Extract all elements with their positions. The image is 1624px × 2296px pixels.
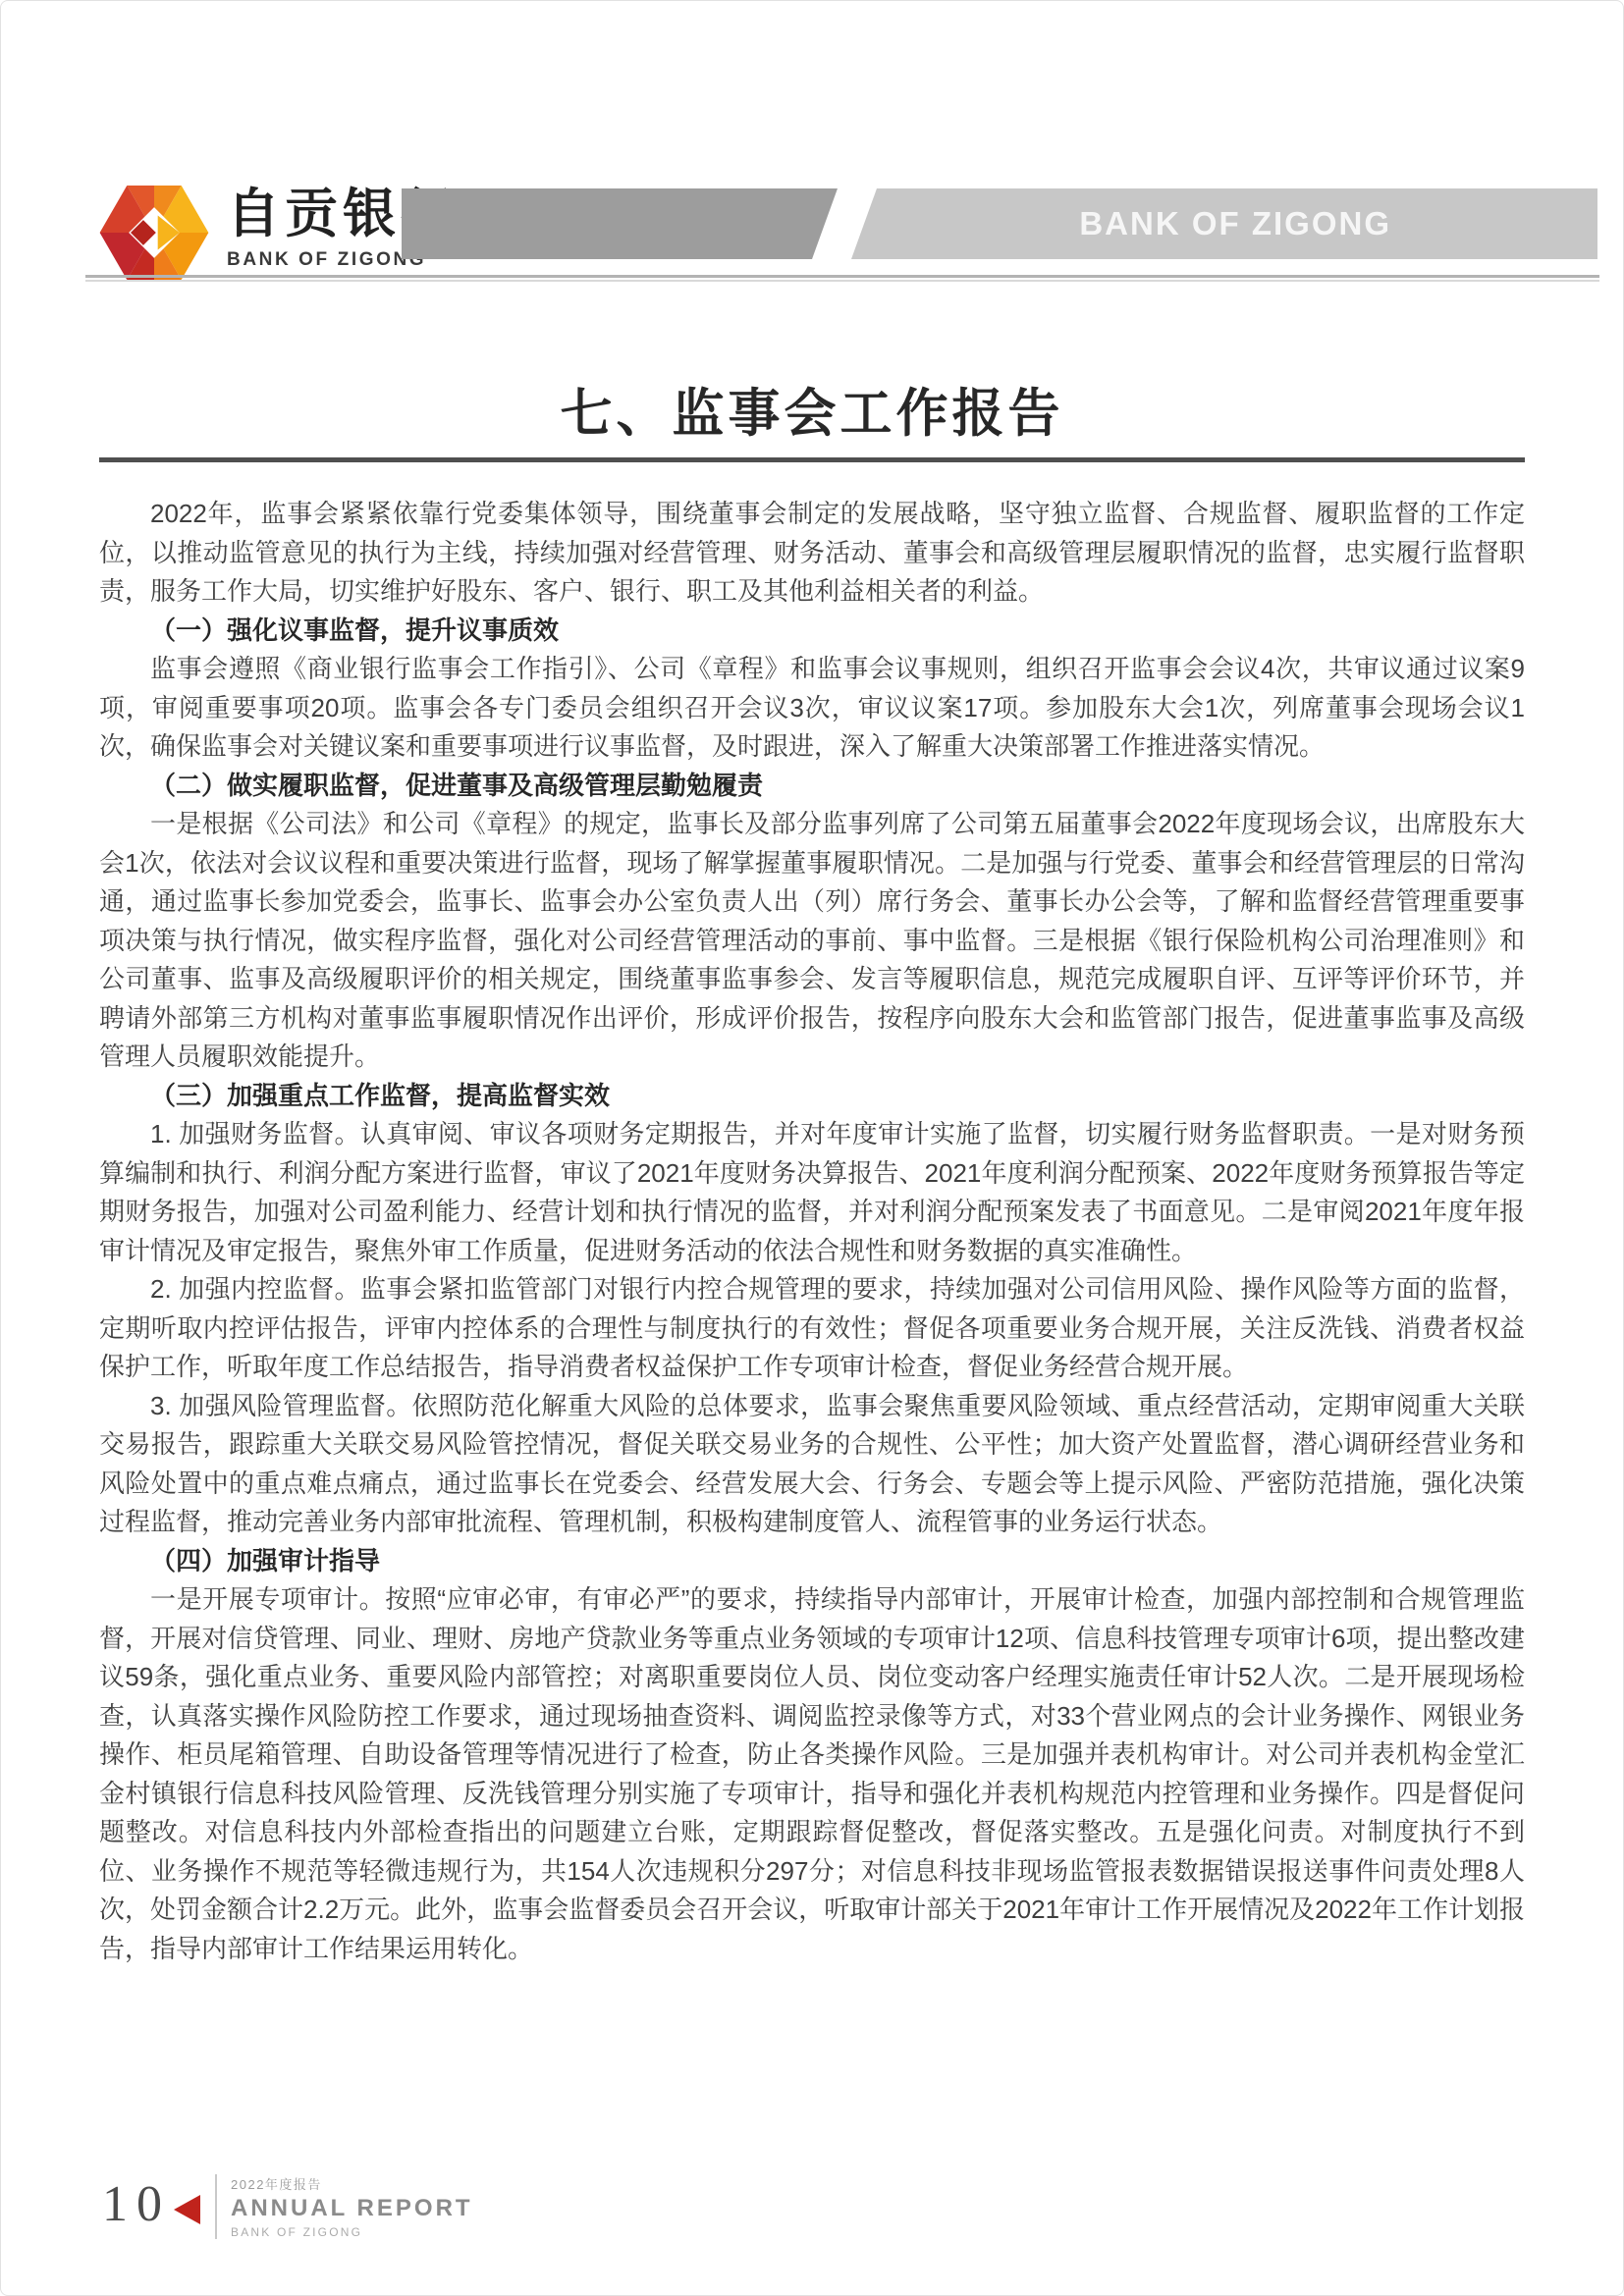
body-paragraph-section3-item1: 1. 加强财务监督。认真审阅、审议各项财务定期报告，并对年度审计实施了监督，切实… (99, 1115, 1525, 1270)
header-banner-dark (402, 188, 838, 259)
report-page: 自贡银行 BANK OF ZIGONG BANK OF ZIGONG 七、监事会… (0, 0, 1624, 2296)
bank-logo-icon (99, 186, 209, 280)
page-number: 10 (102, 2179, 171, 2230)
title-divider (99, 457, 1525, 462)
page-title: 七、监事会工作报告 (1, 372, 1623, 447)
page-marker-triangle-icon (174, 2195, 200, 2224)
section-heading-2: （二）做实履职监督，促进董事及高级管理层勤勉履责 (99, 767, 1525, 806)
section-heading-3: （三）加强重点工作监督，提高监督实效 (99, 1077, 1525, 1116)
body-paragraph-section3-item3: 3. 加强风险管理监督。依照防范化解重大风险的总体要求，监事会聚焦重要风险领域、… (99, 1387, 1525, 1542)
header-divider (85, 275, 1599, 282)
body-paragraph-section3-item2: 2. 加强内控监督。监事会紧扣监管部门对银行内控合规管理的要求，持续加强对公司信… (99, 1270, 1525, 1387)
body-paragraph-section4: 一是开展专项审计。按照“应审必审，有审必严”的要求，持续指导内部审计，开展审计检… (99, 1580, 1525, 1968)
report-body: 2022年，监事会紧紧依靠行党委集体领导，围绕董事会制定的发展战略，坚守独立监督… (99, 495, 1525, 1968)
body-paragraph-section1: 监事会遵照《商业银行监事会工作指引》、公司《章程》和监事会议事规则，组织召开监事… (99, 650, 1525, 767)
footer-report-info: 2022年度报告 ANNUAL REPORT BANK OF ZIGONG (231, 2174, 473, 2239)
header-banner-light: BANK OF ZIGONG (851, 188, 1597, 259)
footer-report-title-en: ANNUAL REPORT (231, 2195, 473, 2222)
section-heading-1: （一）强化议事监督，提升议事质效 (99, 612, 1525, 651)
header-banner-text: BANK OF ZIGONG (1079, 205, 1391, 242)
body-paragraph-intro: 2022年，监事会紧紧依靠行党委集体领导，围绕董事会制定的发展战略，坚守独立监督… (99, 495, 1525, 612)
body-paragraph-section2: 一是根据《公司法》和公司《章程》的规定，监事长及部分监事列席了公司第五届董事会2… (99, 805, 1525, 1077)
section-heading-4: （四）加强审计指导 (99, 1542, 1525, 1581)
footer-divider (215, 2174, 217, 2239)
footer-report-title-cn: 2022年度报告 (231, 2174, 473, 2193)
footer-bank-name: BANK OF ZIGONG (231, 2225, 473, 2239)
